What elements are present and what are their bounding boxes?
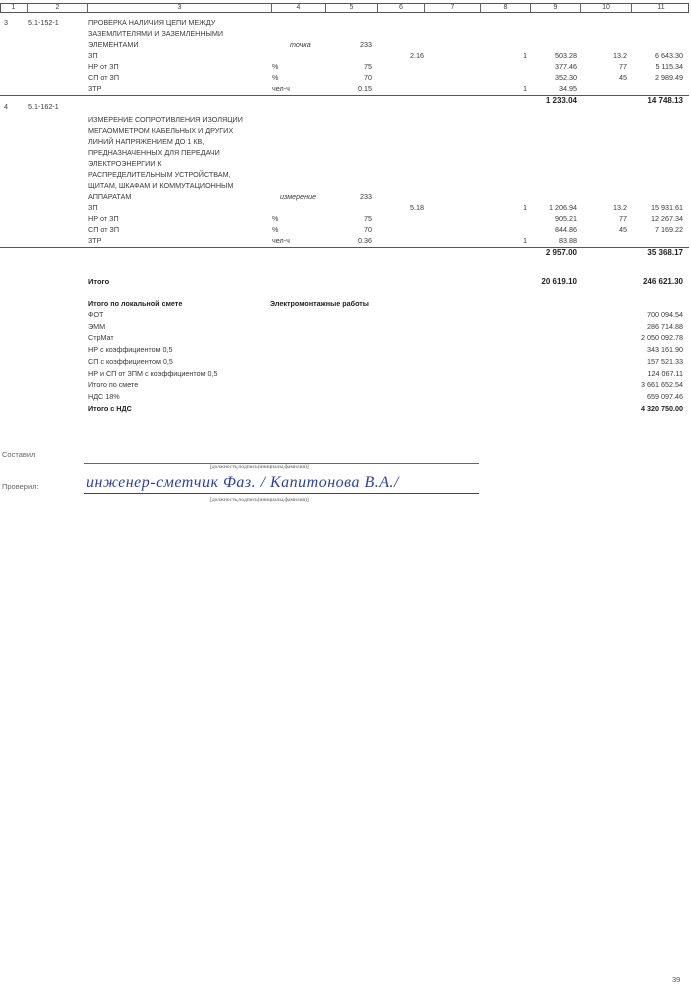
checked-handwriting: инженер-сметчик Фаз. / Капитонова В.А./ (86, 474, 399, 492)
item-separator (0, 247, 689, 248)
summary-line-label: ЭММ (88, 321, 105, 332)
row-c8: 1 (479, 235, 527, 246)
grand-total-label: Итого (88, 276, 109, 287)
row-c11: 12 267.34 (630, 213, 683, 224)
row-label: ЗП (88, 50, 98, 61)
row-c9: 1 206.94 (529, 202, 577, 213)
item-quantity: 233 (324, 191, 372, 202)
item-unit: точка (290, 39, 311, 50)
item-title-line: МЕГАОММЕТРОМ КАБЕЛЬНЫХ И ДРУГИХ (88, 125, 233, 136)
summary-line-label: НР и СП от ЗПМ с коэффициентом 0,5 (88, 368, 218, 379)
header-cell-11: 11 (631, 4, 690, 12)
item-total-c11: 35 368.17 (600, 247, 683, 258)
item-unit: измерение (280, 191, 316, 202)
row-c9: 83.88 (529, 235, 577, 246)
item-title-line: РАСПРЕДЕЛИТЕЛЬНЫМ УСТРОЙСТВАМ, (88, 169, 231, 180)
item-total-c9: 1 233.04 (500, 95, 577, 106)
item-title-line: ЩИТАМ, ШКАФАМ И КОММУТАЦИОННЫМ (88, 180, 233, 191)
row-c5: 75 (324, 213, 372, 224)
item-number: 4 (4, 101, 8, 112)
item-quantity: 233 (324, 39, 372, 50)
item-title-line: АППАРАТАМ (88, 191, 131, 202)
summary-section: Электромонтажные работы (270, 298, 369, 309)
summary-line-value: 3 661 652.54 (580, 379, 683, 390)
row-label: НР от ЗП (88, 61, 119, 72)
row-label: ЗТР (88, 235, 101, 246)
compiled-caption: [должность,подпись(инициалы,фамилия)] (210, 462, 309, 473)
row-label: СП от ЗП (88, 72, 119, 83)
summary-line-label: НДС 18% (88, 391, 120, 402)
header-cell-9: 9 (530, 4, 580, 12)
summary-line-value: 157 521.33 (580, 356, 683, 367)
item-total-c11: 14 748.13 (600, 95, 683, 106)
grand-total-c9: 20 619.10 (500, 276, 577, 287)
summary-line-label: НР с коэффициентом 0,5 (88, 344, 173, 355)
summary-line-value: 343 161.90 (580, 344, 683, 355)
row-c11: 2 989.49 (630, 72, 683, 83)
table-header: 1234567891011 (0, 3, 689, 13)
row-unit: % (272, 224, 278, 235)
row-c11: 15 931.61 (630, 202, 683, 213)
item-title-line: ЭЛЕМЕНТАМИ (88, 39, 139, 50)
row-c5: 70 (324, 224, 372, 235)
row-c9: 34.95 (529, 83, 577, 94)
row-c6: 2.16 (376, 50, 424, 61)
item-title-line: ЛИНИЙ НАПРЯЖЕНИЕМ ДО 1 КВ, (88, 136, 204, 147)
item-title-line: ПРОВЕРКА НАЛИЧИЯ ЦЕПИ МЕЖДУ (88, 17, 215, 28)
row-c11: 7 169.22 (630, 224, 683, 235)
row-c9: 844.86 (529, 224, 577, 235)
header-cell-4: 4 (271, 4, 325, 12)
row-c10: 77 (579, 213, 627, 224)
summary-line-value: 286 714.88 (580, 321, 683, 332)
item-code: 5.1-162-1 (28, 101, 59, 112)
row-unit: % (272, 213, 278, 224)
header-cell-10: 10 (580, 4, 631, 12)
row-c10: 45 (579, 224, 627, 235)
row-c10: 45 (579, 72, 627, 83)
summary-title: Итого по локальной смете (88, 298, 182, 309)
row-c10: 77 (579, 61, 627, 72)
item-separator (0, 95, 689, 96)
checked-signature-line (84, 493, 479, 494)
row-c6: 5.18 (376, 202, 424, 213)
summary-line-value: 4 320 750.00 (580, 403, 683, 414)
summary-line-label: СтрМат (88, 332, 114, 343)
row-c11: 6 643.30 (630, 50, 683, 61)
row-unit: чел-ч (272, 83, 290, 94)
summary-line-label: СП с коэффициентом 0,5 (88, 356, 173, 367)
header-cell-2: 2 (27, 4, 87, 12)
compiled-label: Составил (2, 449, 35, 460)
row-unit: чел-ч (272, 235, 290, 246)
row-c10: 13.2 (579, 202, 627, 213)
header-cell-1: 1 (1, 4, 26, 12)
summary-line-value: 124 067.11 (580, 368, 683, 379)
header-cell-5: 5 (325, 4, 377, 12)
row-c9: 503.28 (529, 50, 577, 61)
row-c10: 13.2 (579, 50, 627, 61)
row-label: СП от ЗП (88, 224, 119, 235)
row-c9: 377.46 (529, 61, 577, 72)
row-c5: 70 (324, 72, 372, 83)
item-title-line: ЗАЗЕМЛИТЕЛЯМИ И ЗАЗЕМЛЕННЫМИ (88, 28, 223, 39)
header-cell-8: 8 (480, 4, 530, 12)
summary-line-label: Итого с НДС (88, 403, 132, 414)
row-label: ЗТР (88, 83, 101, 94)
item-title-line: ЭЛЕКТРОЭНЕРГИИ К (88, 158, 162, 169)
summary-line-value: 659 097.46 (580, 391, 683, 402)
row-unit: % (272, 61, 278, 72)
summary-line-label: Итого по смете (88, 379, 138, 390)
item-code: 5.1-152-1 (28, 17, 59, 28)
summary-line-value: 2 050 092.78 (580, 332, 683, 343)
grand-total-c11: 246 621.30 (600, 276, 683, 287)
row-c8: 1 (479, 83, 527, 94)
row-c5: 0.36 (324, 235, 372, 246)
header-cell-7: 7 (424, 4, 480, 12)
row-c8: 1 (479, 202, 527, 213)
item-title-line: ПРЕДНАЗНАЧЕННЫХ ДЛЯ ПЕРЕДАЧИ (88, 147, 220, 158)
row-c9: 352.30 (529, 72, 577, 83)
row-c9: 905.21 (529, 213, 577, 224)
item-number: 3 (4, 17, 8, 28)
checked-label: Проверил: (2, 481, 39, 492)
row-c8: 1 (479, 50, 527, 61)
row-unit: % (272, 72, 278, 83)
checked-caption: [должность,подпись(инициалы,фамилия)] (210, 495, 309, 506)
row-label: НР от ЗП (88, 213, 119, 224)
header-cell-3: 3 (87, 4, 271, 12)
row-label: ЗП (88, 202, 98, 213)
summary-line-value: 700 094.54 (580, 309, 683, 320)
row-c11: 5 115.34 (630, 61, 683, 72)
item-title-line: ИЗМЕРЕНИЕ СОПРОТИВЛЕНИЯ ИЗОЛЯЦИИ (88, 114, 243, 125)
header-cell-6: 6 (377, 4, 424, 12)
page-number: 39 (672, 974, 680, 985)
item-total-c9: 2 957.00 (500, 247, 577, 258)
row-c5: 75 (324, 61, 372, 72)
summary-line-label: ФОТ (88, 309, 103, 320)
row-c5: 0.15 (324, 83, 372, 94)
